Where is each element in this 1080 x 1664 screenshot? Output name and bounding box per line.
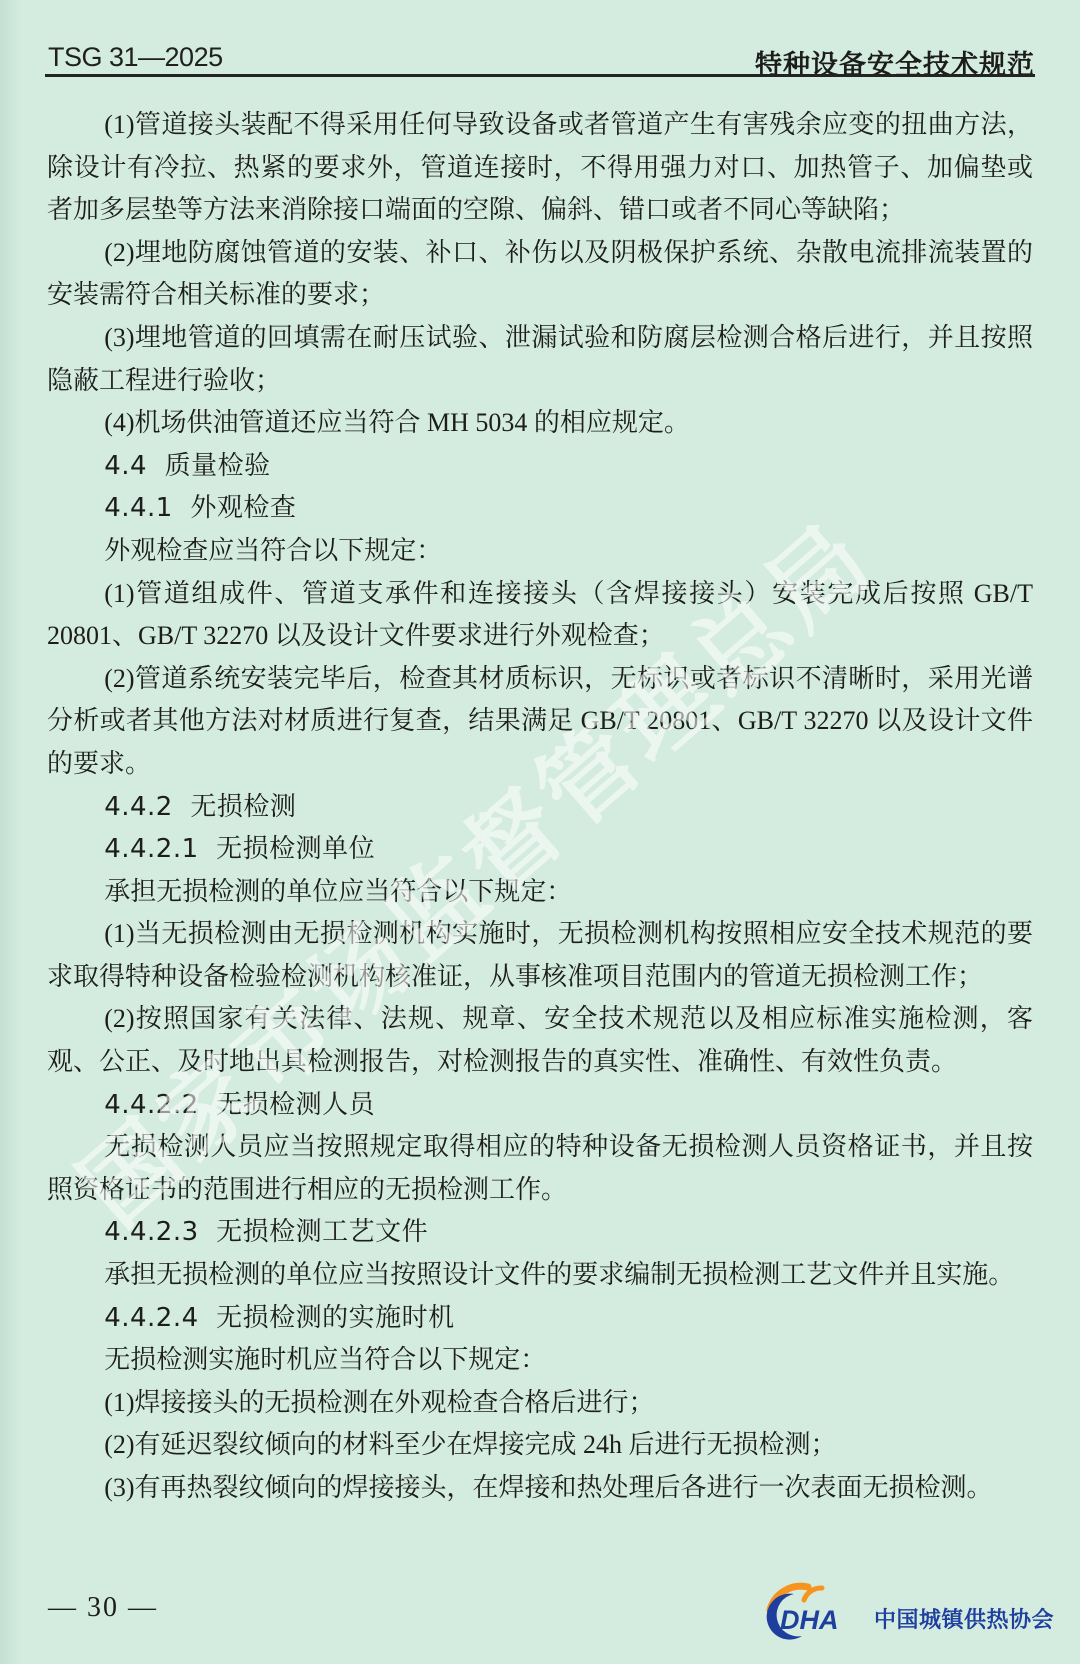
section-heading: 4.4.1 外观检查 <box>47 487 1033 530</box>
section-heading: 4.4.2.4 无损检测的实施时机 <box>47 1297 1033 1340</box>
org-name: 中国城镇供热协会 <box>874 1589 1054 1634</box>
paragraph: (2)有延迟裂纹倾向的材料至少在焊接完成 24h 后进行无损检测； <box>47 1424 1033 1467</box>
section-heading: 4.4.2 无损检测 <box>47 786 1033 829</box>
section-heading: 4.4 质量检验 <box>47 445 1033 488</box>
paragraph: (3)有再热裂纹倾向的焊接接头，在焊接和热处理后各进行一次表面无损检测。 <box>47 1467 1033 1510</box>
section-heading: 4.4.2.3 无损检测工艺文件 <box>47 1211 1033 1254</box>
document-page: TSG 31—2025 特种设备安全技术规范 (1)管道接头装配不得采用任何导致… <box>0 0 1080 1664</box>
paragraph: (4)机场供油管道还应当符合 MH 5034 的相应规定。 <box>47 402 1033 445</box>
cdha-logo-icon: DHA <box>760 1582 864 1640</box>
paragraph: 无损检测实施时机应当符合以下规定： <box>47 1339 1033 1382</box>
cdha-logo: DHA 中国城镇供热协会 <box>760 1582 1054 1640</box>
paragraph: 承担无损检测的单位应当符合以下规定： <box>47 871 1033 914</box>
paragraph: (3)埋地管道的回填需在耐压试验、泄漏试验和防腐层检测合格后进行，并且按照隐蔽工… <box>47 317 1033 402</box>
paragraph: (2)埋地防腐蚀管道的安装、补口、补伤以及阴极保护系统、杂散电流排流装置的安装需… <box>47 232 1033 317</box>
document-body: (1)管道接头装配不得采用任何导致设备或者管道产生有害残余应变的扭曲方法，除设计… <box>47 104 1033 1510</box>
paragraph: (1)管道组成件、管道支承件和连接接头（含焊接接头）安装完成后按照 GB/T 2… <box>47 573 1033 658</box>
header-doc-code: TSG 31—2025 <box>48 42 223 73</box>
paragraph: (2)按照国家有关法律、法规、规章、安全技术规范以及相应标准实施检测，客观、公正… <box>47 998 1033 1083</box>
paragraph: 无损检测人员应当按照规定取得相应的特种设备无损检测人员资格证书，并且按照资格证书… <box>47 1126 1033 1211</box>
section-heading: 4.4.2.1 无损检测单位 <box>47 828 1033 871</box>
section-heading: 4.4.2.2 无损检测人员 <box>47 1084 1033 1127</box>
paragraph: (1)焊接接头的无损检测在外观检查合格后进行； <box>47 1382 1033 1425</box>
paragraph: (2)管道系统安装完毕后，检查其材质标识，无标识或者标识不清晰时，采用光谱分析或… <box>47 658 1033 786</box>
paragraph: (1)管道接头装配不得采用任何导致设备或者管道产生有害残余应变的扭曲方法，除设计… <box>47 104 1033 232</box>
logo-letters: DHA <box>780 1605 839 1635</box>
paragraph: 承担无损检测的单位应当按照设计文件的要求编制无损检测工艺文件并且实施。 <box>47 1254 1033 1297</box>
header-divider <box>45 74 1035 77</box>
page-number: — 30 — <box>48 1592 158 1624</box>
paragraph: 外观检查应当符合以下规定： <box>47 530 1033 573</box>
paragraph: (1)当无损检测由无损检测机构实施时，无损检测机构按照相应安全技术规范的要求取得… <box>47 913 1033 998</box>
